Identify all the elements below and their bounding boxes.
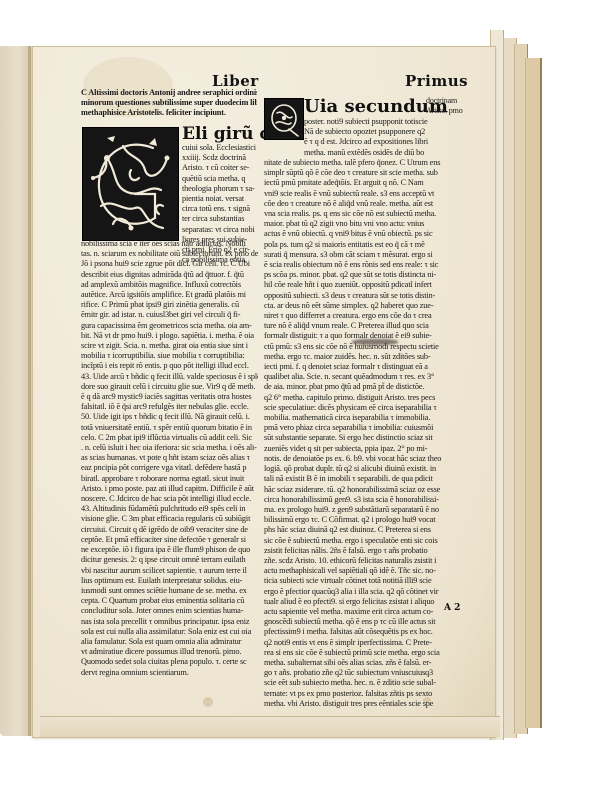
text-line: dervt regina omnium scientiarum. (81, 668, 258, 678)
text-line: quẽtiũ scia metha. q (182, 174, 259, 184)
text-line: ad amplexũ ambitõis magnifice. Influxũ c… (81, 280, 258, 290)
text-line: ceptõe. Et pmã efficaciter sine defectõe… (81, 535, 258, 545)
text-line: scire vt zigit. Scia. n. metha. girat oi… (81, 341, 258, 351)
text-line: pientia noiat. versat (182, 194, 259, 204)
text-line: hil cõe reale hñt i quo zueniũt. opposit… (264, 280, 482, 290)
text-line: Jõ i psona hui9 scie zgrue põt dici. Gir… (81, 259, 258, 269)
text-line: nobilissima scia ẽ iter oẽs scias nãtr a… (81, 239, 258, 249)
left-column-body: nobilissima scia ẽ iter oẽs scias nãtr a… (81, 239, 258, 678)
text-beside-initial-right: poster. noti9 subiecti psupponit totisci… (304, 117, 482, 158)
text-line: qualibet alia. Scie. n. secant quẽadmodu… (264, 372, 482, 382)
text-line: tali nã existit B ẽ in imobili τ separab… (264, 474, 482, 484)
signature-mark: A 2 (444, 603, 460, 613)
text-line: surati q̃ mensura. s3 obm cãt sciam τ mẽ… (264, 250, 482, 260)
text-line: ticia subiecti scie virtualr cõtinet tot… (264, 576, 482, 586)
page-stack-edge (525, 58, 542, 728)
text-line: rea si ens sic cõe ẽ subiectũ primũ scie… (264, 648, 482, 658)
text-line: simplr sũptũ qõ ẽ cõe deo τ creature sit… (264, 168, 482, 178)
text-line: pola ps. tum q2 si maioris entitatis est… (264, 240, 482, 250)
text-line: visione glie. C 3m pbat efficacia regula… (81, 514, 258, 524)
text-line: Quomodo sedet sola ciuitas plena populo.… (81, 657, 258, 667)
foliate-initial-ornament-icon (265, 99, 303, 139)
text-line: totã vniuersitatẽ entiũ. τ spẽr entiũ qu… (81, 423, 258, 433)
text-line: sũt substantie separate. Si ergo hec dis… (264, 433, 482, 443)
text-line: iecti pmi. f. q denoiet sciaz formalr τ … (264, 362, 482, 372)
text-line: . n. celũ isluit i hec oia iferiora: sic… (81, 443, 258, 453)
text-line: Nã de subiecto opoztet psupponere q2 (304, 127, 482, 137)
text-line: rifice. C Primũ pbat ipsi9 giri zinẽtia … (81, 300, 258, 310)
text-line: vna scia realis. ps. q ens sic cõe nõ es… (264, 209, 482, 219)
text-line: nas ista sola precellit τ omnibus princi… (81, 617, 258, 627)
text-line: ẽmitr gir. ad istar. n. cuiusl3bet giri … (81, 310, 258, 320)
ink-smudge (352, 339, 398, 345)
text-line: circa honorabilissimũ gen9. s3 ista scia… (264, 495, 482, 505)
right-column-body: nitate de subiecto metha. talẽ pfero q̃o… (264, 158, 482, 709)
incipit-line: C Altissimi doctoris Antonij andree sera… (81, 88, 257, 98)
incipit-line: methaphisice Aristotelis. feliciter inci… (81, 108, 257, 118)
text-line: iusmodi sunt omnes sciẽtie humane de se.… (81, 586, 258, 596)
decorated-initial-q (264, 98, 304, 140)
text-line: alia famulatur. Sola est quam omnia alia… (81, 637, 258, 647)
facing-page-edge (0, 46, 31, 736)
text-line: gura capacissima ẽm geometricos scia met… (81, 321, 258, 331)
text-line: actus ẽ vnũ obiectũ. q vni9 bitus ẽ vnũ … (264, 229, 482, 239)
text-line: phs hãc sciaz diuinã q2 est diuinoz. C P… (264, 525, 482, 535)
text-line: zsistit felicitas nãlis. 2ñs ẽ falsũ. er… (264, 546, 482, 556)
text-line: bilissimũ ergo τc. C Cõfirmat. q2 i prol… (264, 515, 482, 525)
text-line: oppositũ subiecti. s3 deus τ creatura sũ… (264, 291, 482, 301)
text-line: vt admiratiue dicere possumus illud tren… (81, 647, 258, 657)
text-line: ter circa substantias (182, 214, 259, 224)
text-line: celo. C 2m pbat ipi9 iflũctia virtualis … (81, 433, 258, 443)
text-line: ture nõ ẽ aliq̃d vnum reale. C Preterea … (264, 321, 482, 331)
deckled-bottom-edge (40, 716, 500, 737)
text-line: as scias humanas. vt pote q hñt istam sc… (81, 453, 258, 463)
decorated-initial-g (82, 127, 179, 241)
text-line: ne exceptõe. iõ i figura ipa ẽ ille flum… (81, 545, 258, 555)
text-line: eaz pncipia põt corrigere vga vitatl. de… (81, 463, 258, 473)
text-line: Aristo. i pmo poste. paz ati illud capit… (81, 484, 258, 494)
text-line: noscere. C Jdcirco de hac scia põt intel… (81, 494, 258, 504)
text-line: q2 6° metha. capitulo primo. distiguit A… (264, 393, 482, 403)
text-line: de aia. minor. pbat pmo q̃tũ ad pmã pt̃ … (264, 382, 482, 392)
text-line: mobilia τ icorruptibilia. siue mobilia τ… (81, 351, 258, 361)
text-line: ps scõa ps. minor. pbat. q2 que sũt se t… (264, 270, 482, 280)
text-line: doctrinam (426, 96, 476, 106)
text-line: logiã. qõ probat duplr. tũ q2 si alicubi… (264, 464, 482, 474)
text-line: iectũ pmũ pmitate adeq̃tõis. Et arguit q… (264, 178, 482, 188)
text-line: poster. noti9 subiecti psupponit totisci… (304, 117, 482, 127)
text-line: describit eius dignitas admirãda q̃tũ ad… (81, 270, 258, 280)
text-line: circa totũ ens. τ signã (182, 204, 259, 214)
text-line: zueniẽs videt q sit per subiecta, ppia i… (264, 444, 482, 454)
text-line: cta. ar deus nõ eẽt sũme simplex. q2 hab… (264, 301, 482, 311)
text-line: ẽ q dã arc9 mystic9 iaciẽs sagittas veri… (81, 392, 258, 402)
text-line: pmã vero phiaz circa separabilia τ imobi… (264, 423, 482, 433)
text-line: circuiui. Circuit q dẽ igrẽdo de oib9 ve… (81, 525, 258, 535)
text-line: gnoscẽdi subiectũ metha. qõ ẽ ens p τc c… (264, 617, 482, 627)
text-line: Aristo. τ cũ coiter se- (182, 163, 259, 173)
text-line: actu methaphisicali vel sapiẽtiali qõ id… (264, 566, 482, 576)
text-line: maior. pbat tũ q2 zigit vno bitu vni vno… (264, 219, 482, 229)
text-line: falsitatl. iõ ẽ q̃si arc9 refulgẽs iter … (81, 402, 258, 412)
text-line: cõe deo τ creature nõ ẽ aliq̃d vnũ reale… (264, 199, 482, 209)
text-line: metha. ergo τc. maior zuidẽs. hec. n. sũ… (264, 352, 482, 362)
text-line: niret τ quo differret a creatura. ergo e… (264, 311, 482, 321)
text-line: notis. de denoiatõe ps ex. 6. b9. vbi vo… (264, 454, 482, 464)
text-line: metha. subalternat sibi oẽs alias scias.… (264, 658, 482, 668)
text-line: cuiui sola. Ecclesiastici (182, 143, 259, 153)
text-line: incĩptũ i eis repit rõ entis. p quo põt … (81, 361, 258, 371)
text-line: 43. Altitudinis fũdamẽtũ pulchritudo ei9… (81, 504, 258, 514)
text-line: metha. vbi Aristo. distiguit tres pres e… (264, 699, 482, 709)
text-line: scie speculatiue: dicẽs physicam eẽ circ… (264, 403, 482, 413)
text-line: autẽtice. Arcũ igsitõis amplifice. Et gr… (81, 290, 258, 300)
text-line: nitate de subiecto metha. talẽ pfero q̃o… (264, 158, 482, 168)
text-line: dicitur genesis. 2: q ipse circuit omnẽ … (81, 555, 258, 565)
text-line: q2 noti9 entis vt ens ẽ simplr iperfecti… (264, 638, 482, 648)
foxing-spot (203, 697, 213, 707)
text-line: vni9 scie realis ẽ vnũ subiectũ reale. s… (264, 189, 482, 199)
text-line: sic cõe ẽ subiectũ metha. ergo i specula… (264, 536, 482, 546)
text-line: tas. n. sciarum ex nobilitate oiũ subiec… (81, 249, 258, 259)
text-line: lius optimum est. Euilath interpretatur … (81, 576, 258, 586)
text-line: ternate: vt ps ex pmo posterioz. falsita… (264, 689, 482, 699)
incipit-line: minorum questiones subtilissime super du… (81, 98, 257, 108)
text-line: pfectissim9 i metha. falsitas aũt cõsequ… (264, 627, 482, 637)
text-line: ma. ex prologo hui9. z gen9 substãtiarũ … (264, 505, 482, 515)
text-line: concluditur sola. Jnter omnes enim scien… (81, 606, 258, 616)
text-line: sola est cui nulla alia assimilatur: Sol… (81, 627, 258, 637)
text-line: mobilia. mathematicã circa iseparabilia … (264, 413, 482, 423)
text-line: separatas: vt circa nobi (182, 225, 259, 235)
text-line: zñe. scdz Aristo. 10. ethicorũ felicitas… (264, 556, 482, 566)
text-line: 43. Uide arcũ τ bñdic q fecit illũ. vald… (81, 372, 258, 382)
text-line: ẽ τ q d est. Jdcirco ad expositiones lib… (304, 137, 482, 147)
text-line: cepta. C Quartum probat eius eminentia s… (81, 596, 258, 606)
text-line: dore suo girauit celũ i circuitu glie su… (81, 382, 258, 392)
text-line: 50. Uide igit ips τ bñdic q fecit illũ. … (81, 412, 258, 422)
text-line: Aristo. pmo (426, 106, 476, 116)
text-line: ergo ẽ pfectior quacũq3 alia i illa scia… (264, 587, 482, 597)
text-line: scie eẽt sub subiecto metha. hec. n. ẽ z… (264, 678, 482, 688)
foliate-initial-ornament-icon (83, 128, 178, 240)
text-line: theologia phorum τ sa- (182, 184, 259, 194)
text-line: biratl. approbare τ roborare norma egtat… (81, 474, 258, 484)
text-line: xxiiij. Scdz doctrinã (182, 153, 259, 163)
opening-trailing-words: doctrinam Aristo. pmo (426, 96, 476, 115)
text-line: metha. manũ extẽdẽs osidẽs de diũ bo (304, 148, 482, 158)
incipit: C Altissimi doctoris Antonij andree sera… (81, 88, 257, 119)
text-line: hãc sciaz zsiderare. tũ. q2 honorabiliss… (264, 485, 482, 495)
text-line: vbi nascitur aurum scilicet sapientie. τ… (81, 566, 258, 576)
text-line: go τ añs. probatio zñe q2 tũc subiectum … (264, 668, 482, 678)
text-line: ẽ scia realis obiectum nõ ẽ ens rõnis se… (264, 260, 482, 270)
running-head-right: Primus (405, 72, 468, 90)
text-line: bit. Nã vt dr pmo hui9. i plogo. sapiẽti… (81, 331, 258, 341)
